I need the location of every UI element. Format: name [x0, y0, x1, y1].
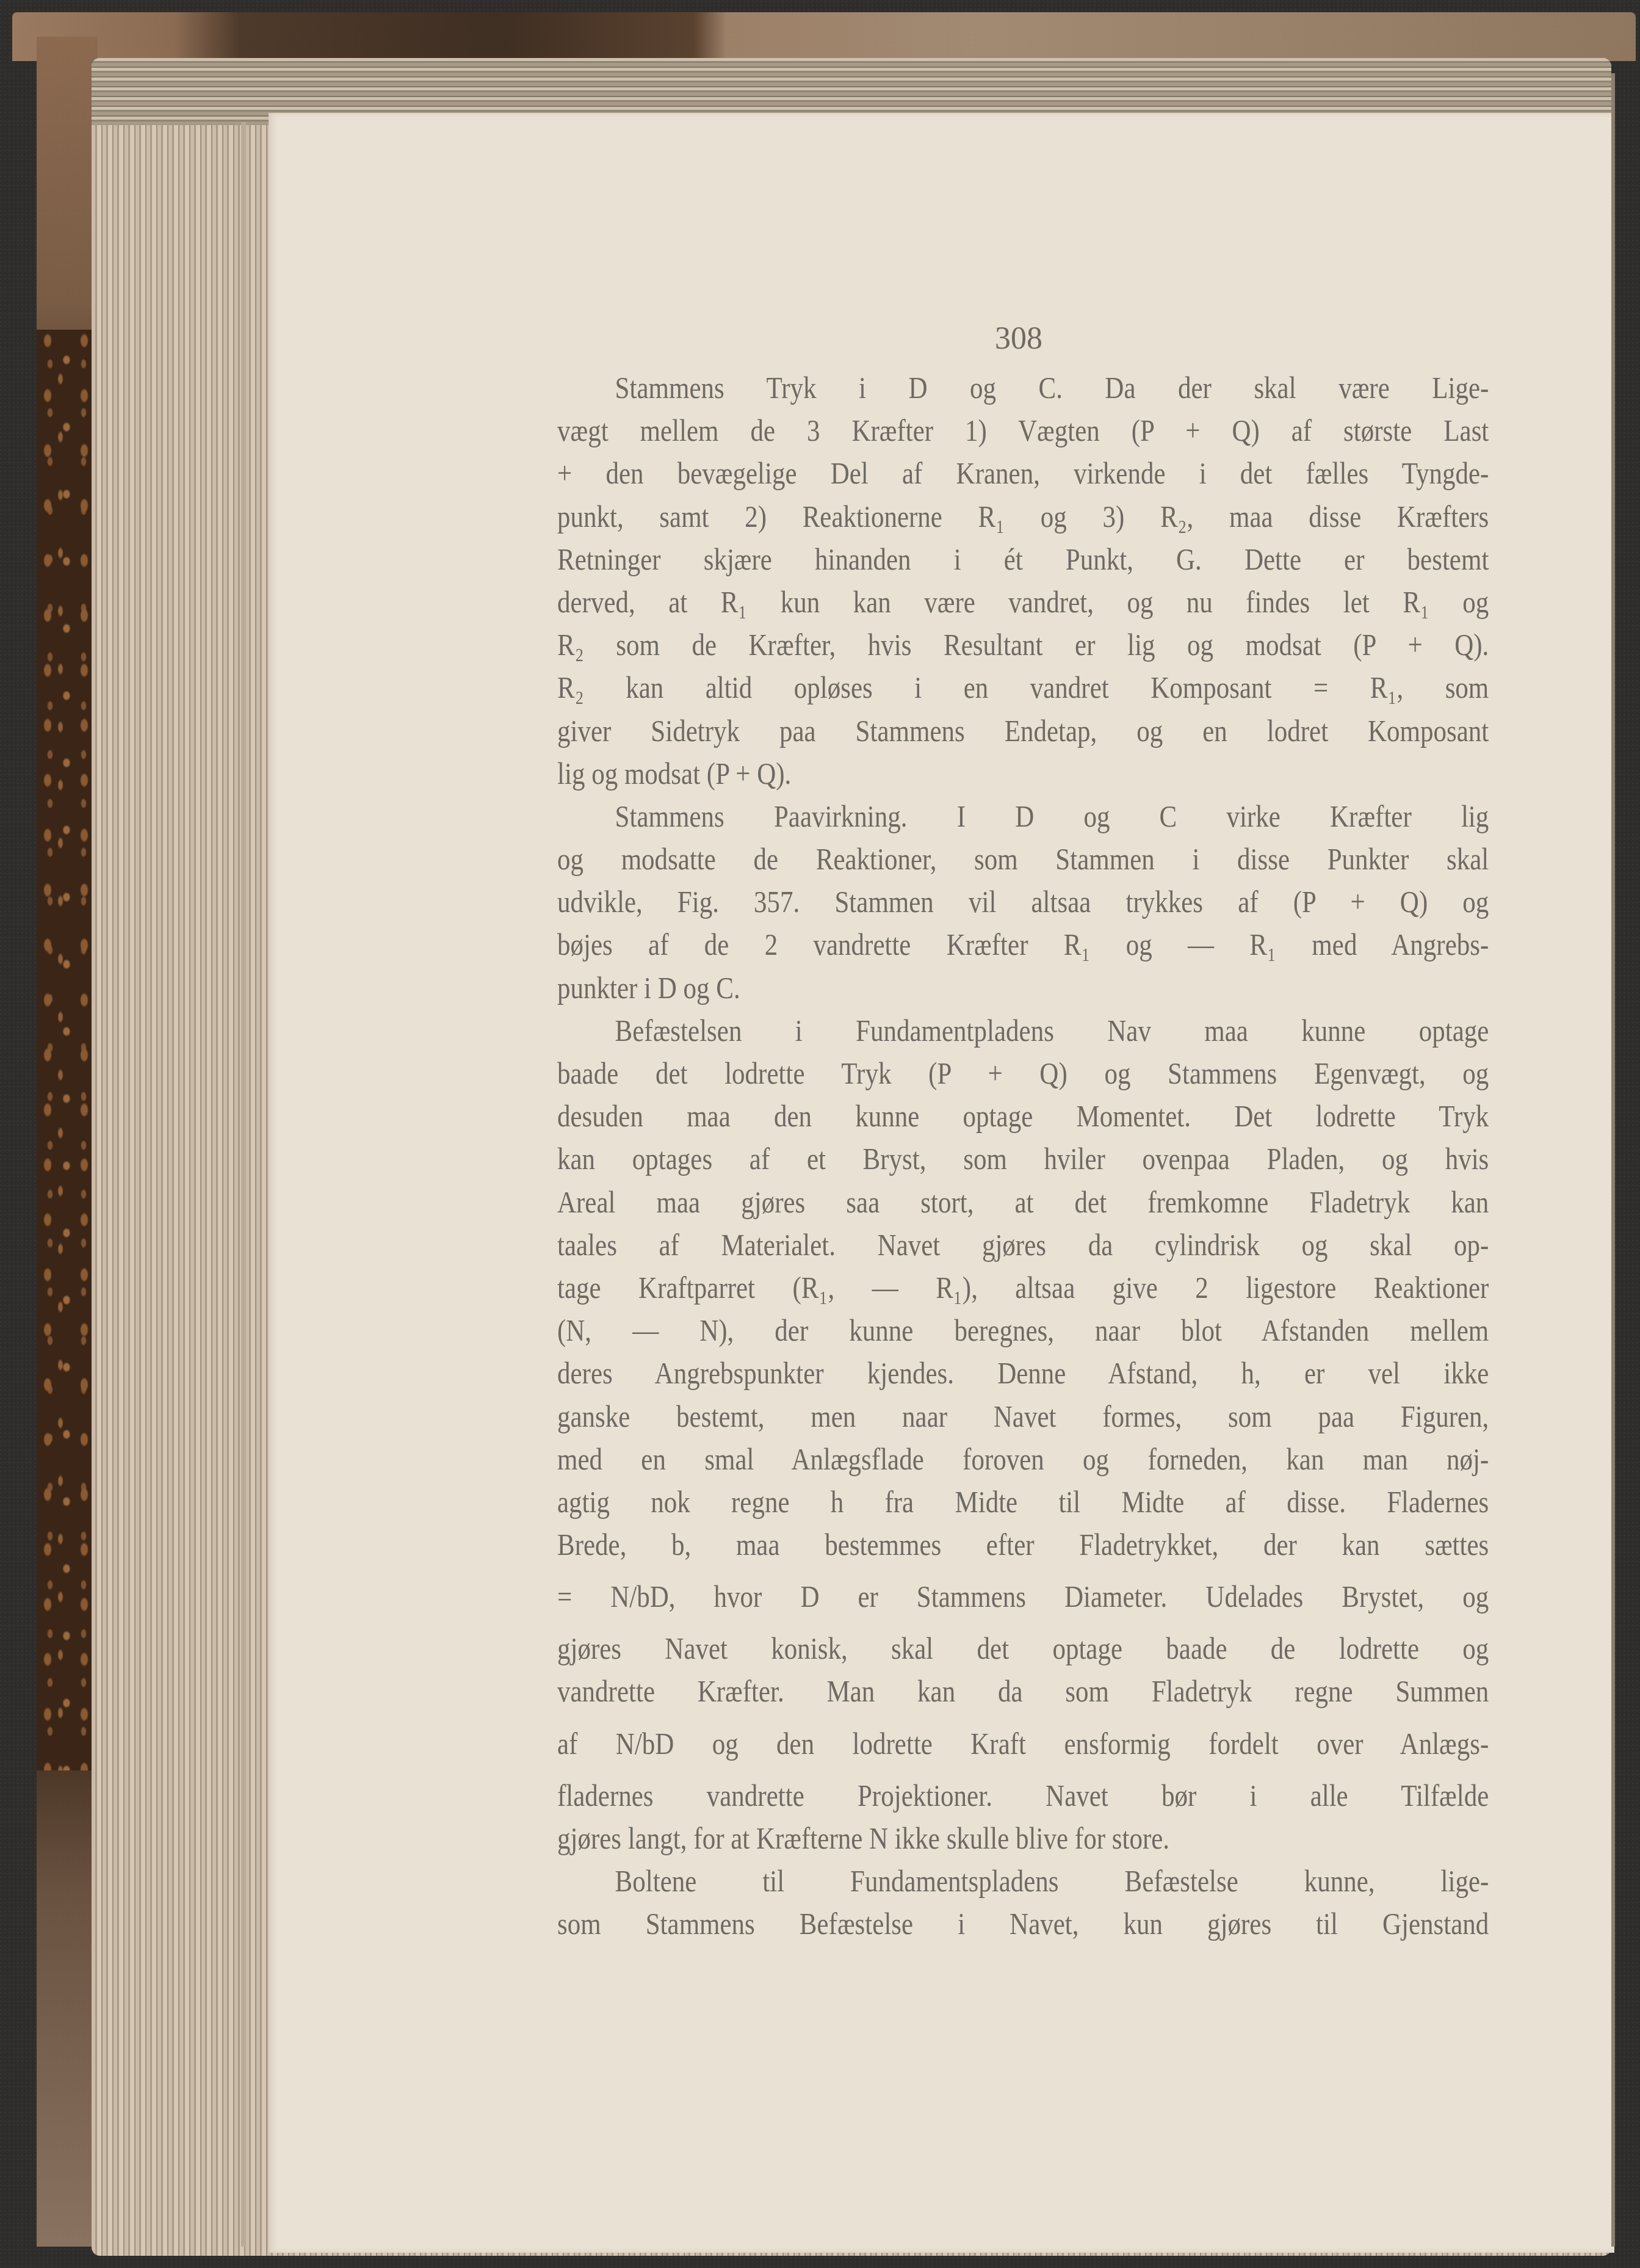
text-line: punkt, samt 2) Reaktionerne R₁ og 3) R₂,… — [557, 495, 1489, 538]
text-line: agtig nok regne h fra Midte til Midte af… — [557, 1480, 1489, 1523]
text-line: Befæstelsen i Fundamentpladens Nav maa k… — [557, 1009, 1489, 1052]
text-line: kan optages af et Bryst, som hviler oven… — [557, 1137, 1489, 1180]
text-line: lig og modsat (P + Q). — [557, 752, 1489, 795]
text-line: bøjes af de 2 vandrette Kræfter R₁ og — … — [557, 923, 1489, 966]
text-line: taales af Materialet. Navet gjøres da cy… — [557, 1223, 1489, 1266]
body-text: Stammens Tryk i D og C. Da der skal være… — [557, 366, 1491, 1945]
text-line: som Stammens Befæstelse i Navet, kun gjø… — [557, 1902, 1489, 1945]
text-line: + den bevægelige Del af Kranen, virkende… — [557, 452, 1489, 495]
text-line: gjøres langt, for at Kræfterne N ikke sk… — [557, 1817, 1489, 1860]
text-line: derved, at R₁ kun kan være vandret, og n… — [557, 581, 1489, 623]
text-line: deres Angrebspunkter kjendes. Denne Afst… — [557, 1352, 1489, 1394]
text-line: og modsatte de Reaktioner, som Stammen i… — [557, 838, 1489, 880]
text-line: Boltene til Fundamentspladens Befæstelse… — [557, 1860, 1489, 1902]
text-line: R₂ kan altid opløses i en vandret Kompos… — [557, 666, 1489, 709]
text-line: Stammens Tryk i D og C. Da der skal være… — [557, 366, 1489, 409]
page-right-edge — [1611, 73, 1615, 2247]
book-cover-top — [12, 12, 1636, 61]
text-line: med en smal Anlægsflade foroven og forne… — [557, 1438, 1489, 1480]
text-line: desuden maa den kunne optage Momentet. D… — [557, 1095, 1489, 1137]
text-line: tage Kraftparret (R₁, — R₁), altsaa give… — [557, 1266, 1489, 1309]
text-line: baade det lodrette Tryk (P + Q) og Stamm… — [557, 1052, 1489, 1095]
text-line: Retninger skjære hinanden i ét Punkt, G.… — [557, 538, 1489, 581]
text-line: fladernes vandrette Projektioner. Navet … — [557, 1774, 1489, 1817]
text-line: udvikle, Fig. 357. Stammen vil altsaa tr… — [557, 880, 1489, 923]
text-line: ganske bestemt, men naar Navet formes, s… — [557, 1395, 1489, 1438]
text-line: Brede, b, maa bestemmes efter Fladetrykk… — [557, 1523, 1489, 1566]
page-edge-line — [241, 122, 246, 2247]
page-number: 308 — [995, 321, 1042, 357]
book-spine-cover — [37, 37, 98, 2247]
text-line: Areal maa gjøres saa stort, at det fremk… — [557, 1181, 1489, 1223]
text-line: punkter i D og C. — [557, 966, 1489, 1009]
text-line: (N, — N), der kunne beregnes, naar blot … — [557, 1309, 1489, 1352]
marbled-board — [37, 330, 98, 1770]
text-line-fraction: = N/bD, hvor D er Stammens Diameter. Ude… — [557, 1566, 1489, 1627]
text-line-fraction: af N/bD og den lodrette Kraft ensformig … — [557, 1713, 1489, 1774]
text-line: gjøres Navet konisk, skal det optage baa… — [557, 1627, 1489, 1670]
text-line: R₂ som de Kræfter, hvis Resultant er lig… — [557, 623, 1489, 666]
text-line: vandrette Kræfter. Man kan da som Fladet… — [557, 1670, 1489, 1712]
text-line: Stammens Paavirkning. I D og C virke Kræ… — [557, 795, 1489, 838]
text-line: vægt mellem de 3 Kræfter 1) Vægten (P + … — [557, 409, 1489, 452]
text-line: giver Sidetryk paa Stammens Endetap, og … — [557, 709, 1489, 752]
